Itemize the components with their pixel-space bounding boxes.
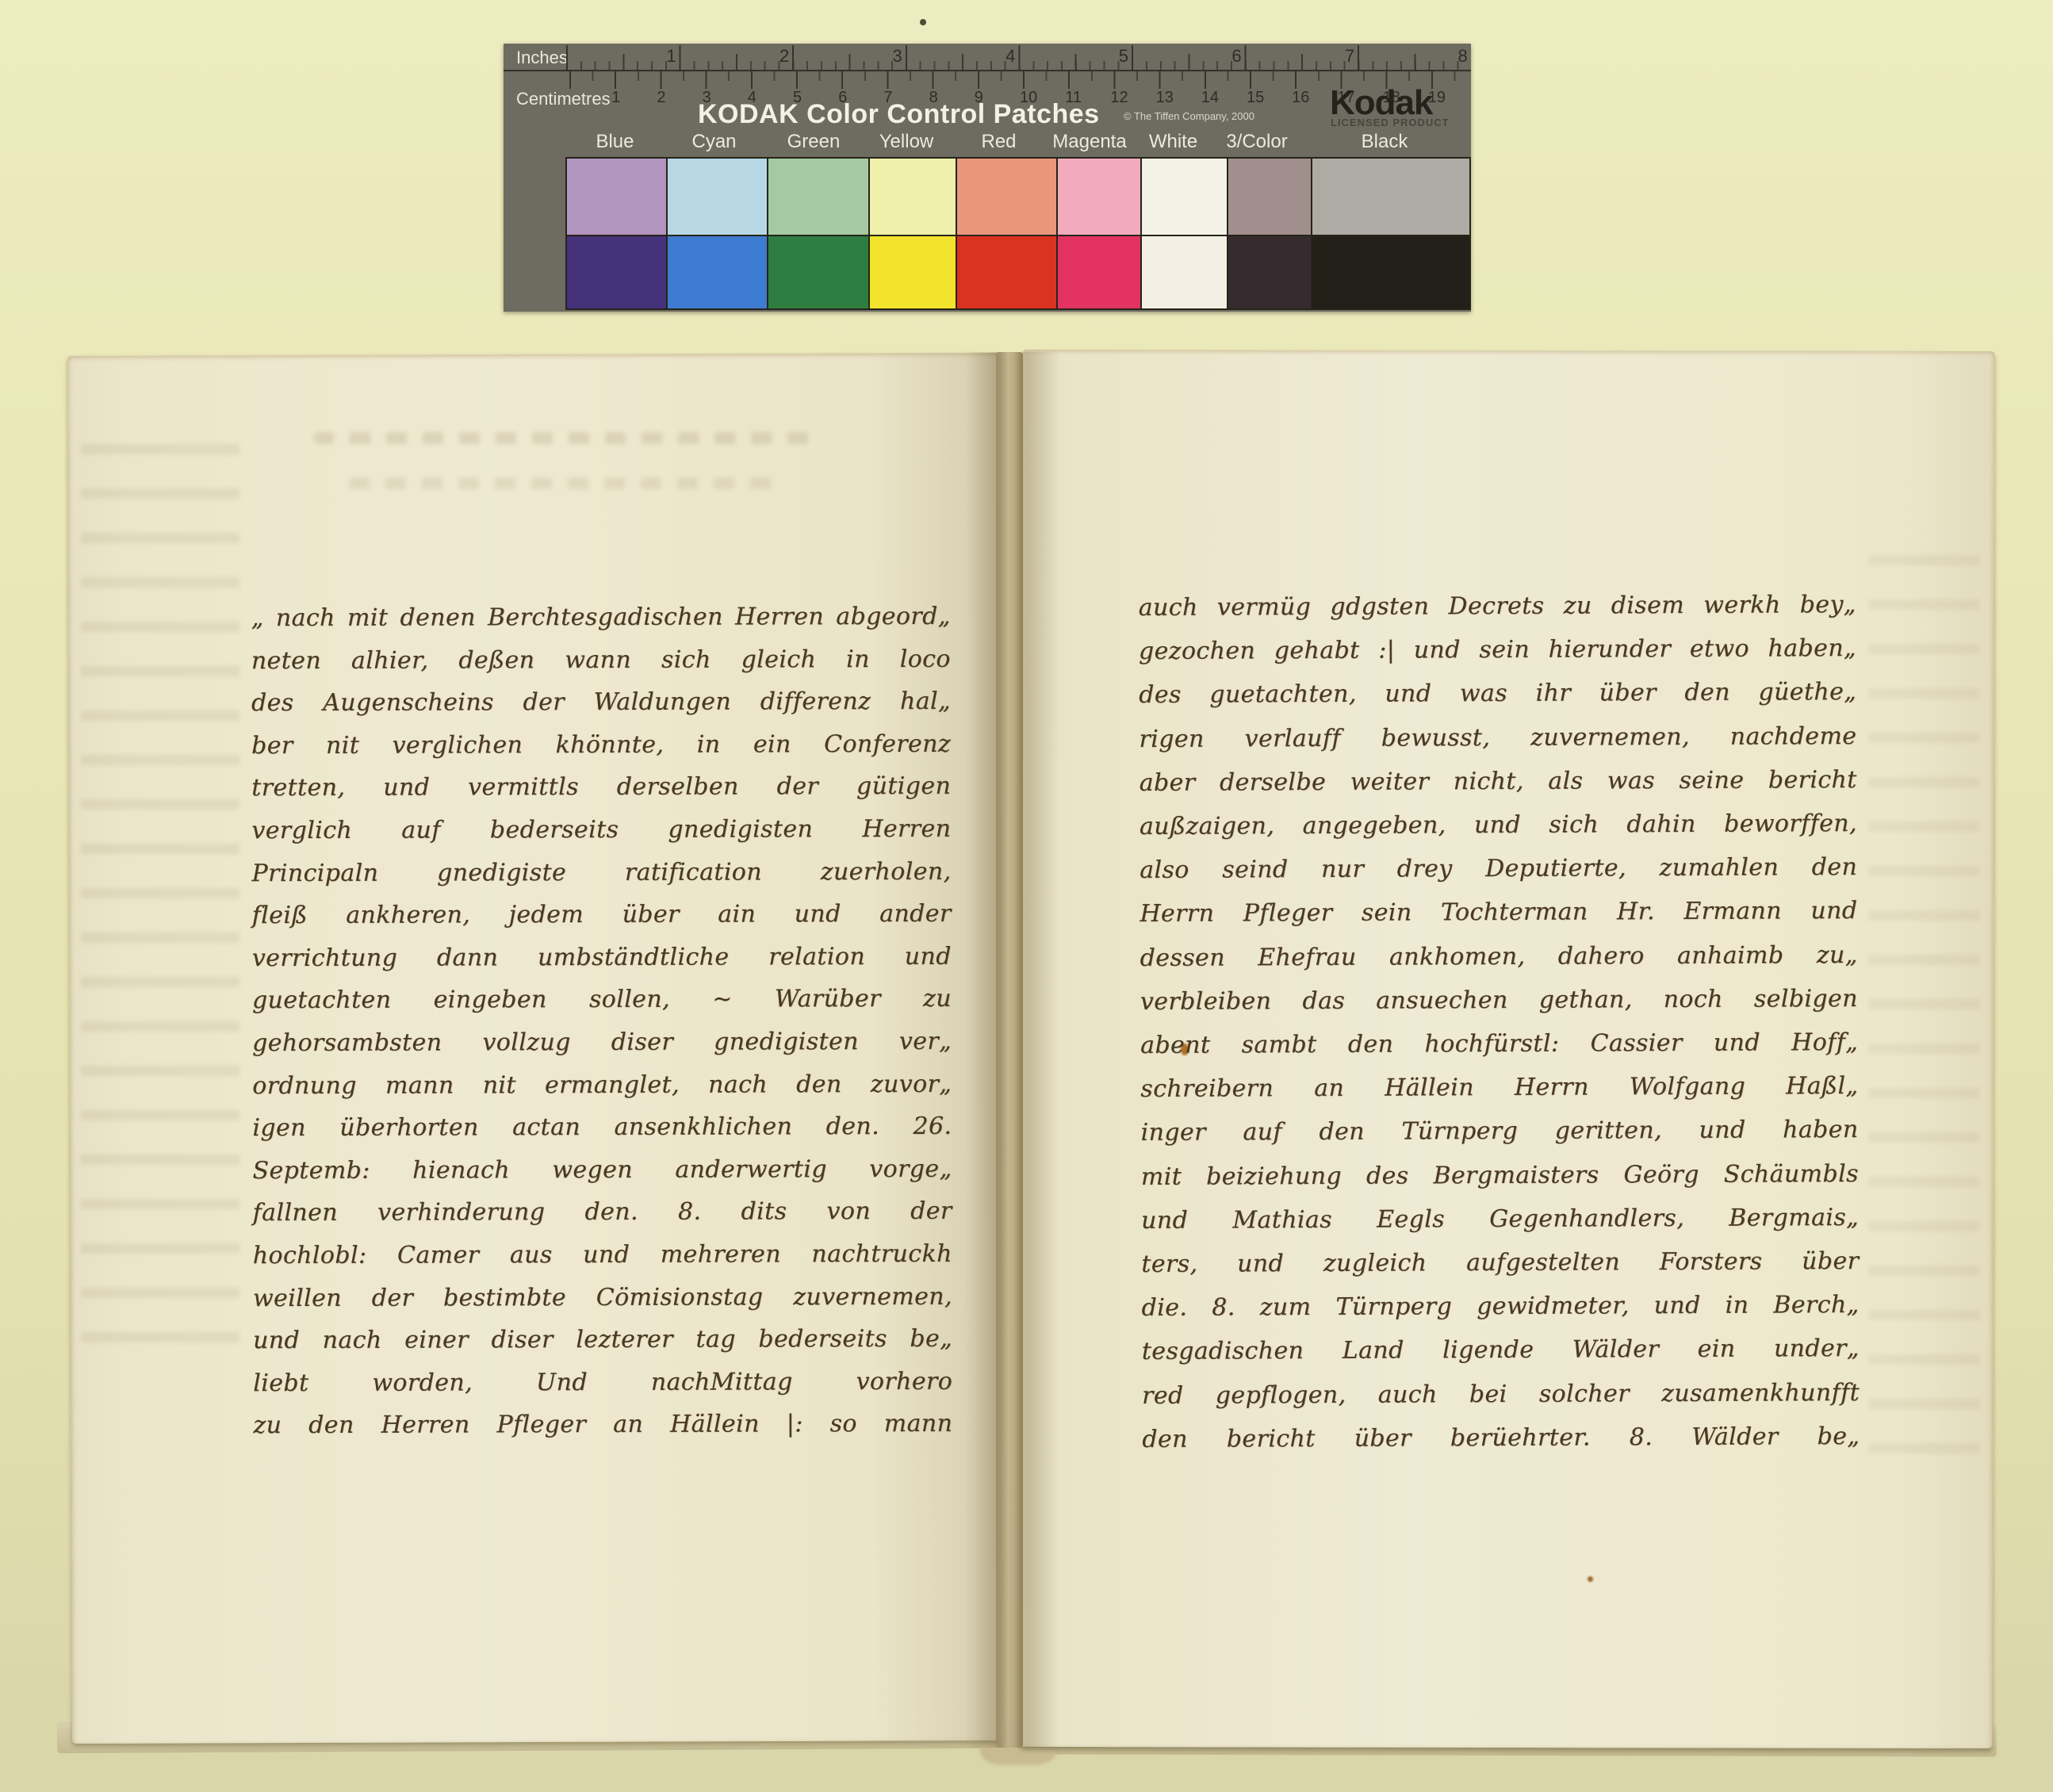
inch-number: 6 [1212,46,1242,67]
color-patch-top-blue [567,159,666,235]
cm-number: 14 [1201,89,1219,107]
manuscript-line: red gepflogen, auch bei solcher zusamenk… [1142,1371,1860,1418]
color-patch-bottom-yellow [870,236,956,308]
color-patch-top-3-color [1228,159,1311,235]
color-patch-top-yellow [870,159,956,235]
manuscript-line: fleiß ankheren, jedem über ain und ander [252,893,952,937]
manuscript-line: tesgadischen Land ligende Wälder ein und… [1142,1327,1860,1373]
manuscript-line: den bericht über berüehrter. 8. Wälder b… [1142,1415,1860,1461]
manuscript-line: liebt worden, Und nachMittag vorhero [253,1361,952,1405]
manuscript-line: auch vermüg gdgsten Decrets zu disem wer… [1139,583,1856,630]
licensed-product-label: LICENSED PRODUCT [1331,117,1450,128]
manuscript-line: des guetachten, und was ihr über den güe… [1139,670,1856,717]
manuscript-line: hochlobl: Camer aus und mehreren nachtru… [253,1233,952,1277]
manuscript-line: ber nit verglichen khönnte, in ein Confe… [251,723,951,768]
speck [1588,1576,1593,1582]
manuscript-line: und Mathias Eegls Gegenhandlers, Bergmai… [1141,1196,1859,1243]
manuscript-line: und nach einer diser lezterer tag beders… [253,1318,952,1362]
manuscript-line: neten alhier, deßen wann sich gleich in … [251,638,951,682]
ruler-inches-label: Inches [516,48,568,68]
manuscript-line: mit beiziehung des Bergmaisters Geörg Sc… [1141,1152,1859,1199]
patch-label: Magenta [1048,131,1131,155]
manuscript-line: also seind nur drey Deputierte, zumahlen… [1139,845,1857,892]
speck [920,19,926,25]
color-patch-bottom-red [957,236,1056,308]
manuscript-line: igen überhorten actan ansenkhlichen den.… [252,1105,952,1150]
manuscript-line: gezochen gehabt :| und sein hierunder et… [1139,626,1856,673]
manuscript-line: verglich auf bederseits gnedigisten Herr… [251,808,951,852]
copyright-notice: © The Tiffen Company, 2000 [1124,110,1254,122]
patch-label: 3/Color [1216,131,1298,155]
color-strip-title: KODAK Color Control Patches [698,99,1118,130]
manuscript-line: fallnen verhinderung den. 8. dits von de… [253,1190,952,1235]
left-page-text: „ nach mit denen Berchtesgadischen Herre… [251,595,953,1447]
patch-label: Cyan [665,131,764,155]
patch-labels: BlueCyanGreenYellowRedMagentaWhite3/Colo… [565,131,1471,155]
manuscript-line: des Augenscheins der Waldungen differenz… [251,680,951,725]
manuscript-line: rigen verlauff bewusst, zuvernemen, nach… [1139,714,1856,761]
patch-label: Green [764,131,864,155]
color-patch-bottom-blue [567,236,666,308]
patch-label: Blue [565,131,665,155]
right-page-text: auch vermüg gdgsten Decrets zu disem wer… [1139,583,1860,1461]
color-patch-top-magenta [1058,159,1140,235]
manuscript-line: weillen der bestimbte Cömisionstag zuver… [253,1275,952,1319]
manuscript-line: Principaln gnedigiste ratification zuerh… [251,850,951,894]
color-patch-top-green [768,159,868,235]
cm-number: 15 [1247,89,1264,107]
color-patch-bottom-magenta [1058,236,1140,308]
manuscript-line: aber derselbe weiter nicht, als was sein… [1139,758,1857,805]
inch-number: 5 [1098,46,1128,67]
color-patch-bottom-cyan [668,236,767,308]
manuscript-line: verrichtung dann umbständtliche relation… [252,936,952,980]
color-patch-bottom-white [1142,236,1227,308]
color-patch-top-white [1142,159,1227,235]
binding-fold [996,352,1023,1748]
inch-number: 2 [759,46,789,67]
cm-number: 16 [1292,89,1309,107]
scanned-document-photo: Inches 12345678 123456789101112131415161… [0,0,2053,1792]
inch-number: 1 [646,46,676,67]
ruler-centimetres-label: Centimetres [516,89,611,109]
manuscript-line: außzaigen, angegeben, und sich dahin bew… [1139,802,1857,848]
color-patch-top-red [957,159,1056,235]
manuscript-line: Septemb: hienach wegen anderwertig vorge… [252,1148,952,1193]
patch-label: Black [1298,131,1471,155]
color-patch-bottom-green [768,236,868,308]
manuscript-line: schreibern an Hällein Herrn Wolfgang Haß… [1140,1064,1858,1111]
kodak-color-control-strip: Inches 12345678 123456789101112131415161… [504,44,1471,312]
patch-label: White [1131,131,1216,155]
inch-number: 8 [1438,46,1468,67]
manuscript-line: ters, und zugleich aufgestelten Forsters… [1141,1239,1859,1286]
manuscript-line: abent sambt den hochfürstl: Cassier und … [1140,1020,1858,1067]
manuscript-line: ordnung mann nit ermanglet, nach den zuv… [252,1063,952,1107]
inch-number: 7 [1324,46,1354,67]
manuscript-line: verbleiben das ansuechen gethan, noch se… [1140,977,1858,1024]
manuscript-line: die. 8. zum Türnperg gewidmeter, und in … [1141,1283,1859,1330]
manuscript-line: dessen Ehefrau ankhomen, dahero anhaimb … [1140,933,1858,980]
manuscript-line: Herrn Pfleger sein Tochterman Hr. Ermann… [1139,889,1857,936]
manuscript-line: gehorsambsten vollzug diser gnedigisten … [252,1020,952,1065]
cm-number: 1 [611,89,620,107]
color-patch-top-cyan [668,159,767,235]
patch-grid [565,157,1471,310]
color-patch-bottom-black [1312,236,1469,308]
patch-label: Red [949,131,1048,155]
manuscript-line: tretten, und vermittls derselben der güt… [251,765,951,810]
color-patch-top-black [1312,159,1469,235]
color-patch-bottom-3-color [1228,236,1311,308]
manuscript-line: zu den Herren Pfleger an Hällein |: so m… [253,1403,952,1447]
cm-number: 13 [1156,89,1174,107]
inch-number: 4 [985,46,1015,67]
patch-label: Yellow [864,131,949,155]
manuscript-line: inger auf den Türnperg geritten, und hab… [1140,1108,1858,1154]
inch-number: 3 [872,46,902,67]
manuscript-line: „ nach mit denen Berchtesgadischen Herre… [251,595,951,640]
manuscript-line: guetachten eingeben sollen, ~ Warüber zu [252,978,952,1022]
cm-number: 2 [657,89,665,107]
